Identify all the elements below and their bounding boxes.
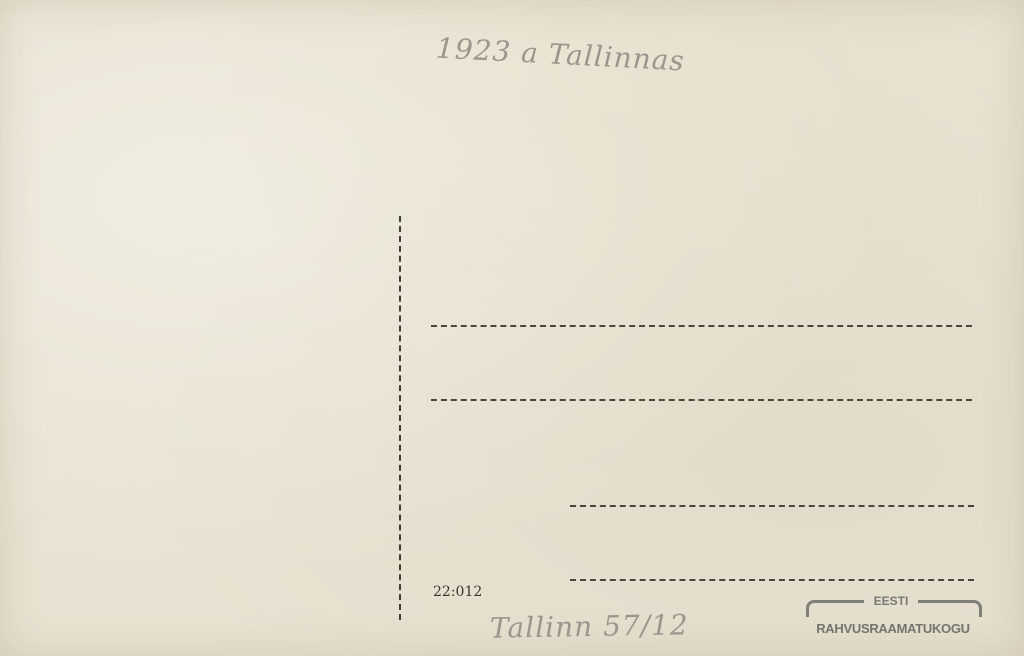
stamp-bottom-text: RAHVUSRAAMATUKOGU <box>804 621 982 636</box>
print-number: 22:012 <box>433 584 482 600</box>
handwritten-archive-note: Tallinn 57/12 <box>490 608 689 644</box>
vertical-divider <box>399 216 401 620</box>
address-line <box>570 579 974 581</box>
address-line <box>431 399 972 401</box>
handwritten-date-note: 1923 a Tallinnas <box>435 32 685 78</box>
address-line <box>570 505 974 507</box>
stamp-top-text: EESTI <box>864 594 918 608</box>
library-stamp: EESTI RAHVUSRAAMATUKOGU <box>804 597 980 641</box>
postcard-back: 1923 a Tallinnas 22:012 Tallinn 57/12 EE… <box>0 0 1024 656</box>
address-line <box>431 325 972 327</box>
